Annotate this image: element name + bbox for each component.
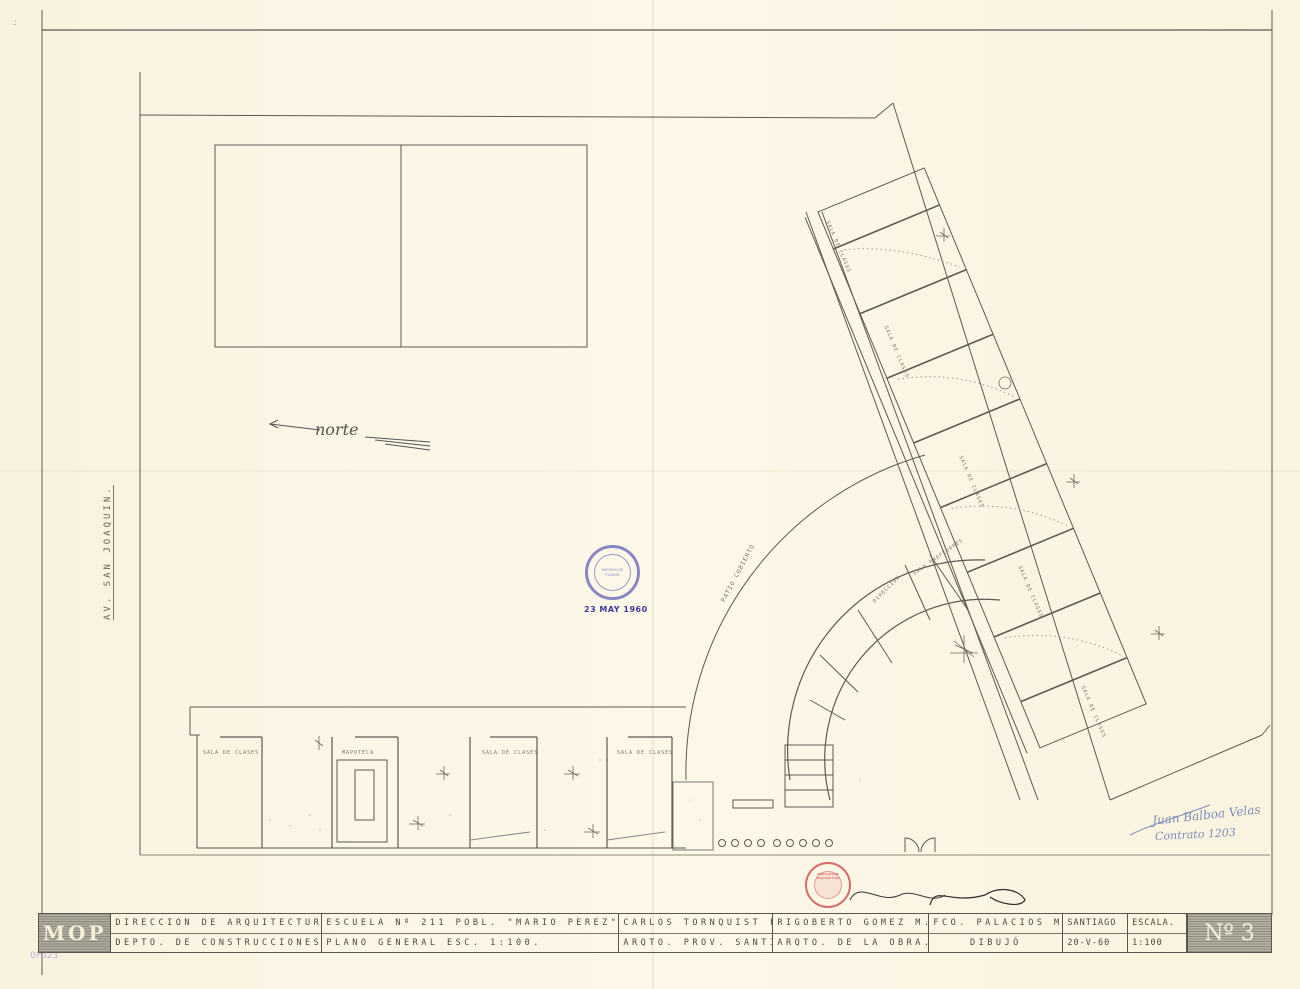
archive-stamp-text: ARCHIVO DE PLANOS xyxy=(594,554,631,591)
property-line-north xyxy=(140,115,875,118)
site-architect-role: ARQTO. DE LA OBRA. xyxy=(773,933,928,953)
north-arrow-shaft xyxy=(270,424,320,430)
signature-palacios xyxy=(930,890,1025,905)
floor-plan-drawing xyxy=(0,0,1300,989)
title-col-scale: ESCALA. 1:100 xyxy=(1128,914,1187,952)
diagonal-wing-outer-line xyxy=(893,103,1110,800)
curved-wing-outer xyxy=(825,599,1000,800)
diagonal-classrooms xyxy=(805,168,1146,753)
archive-stamp: ARCHIVO DE PLANOS xyxy=(585,545,640,600)
gravel-dots xyxy=(269,699,981,831)
title-col-department: DIRECCION DE ARQUITECTURA DEPTO. DE CONS… xyxy=(111,914,322,952)
property-line-jog xyxy=(875,103,893,118)
place: SANTIAGO xyxy=(1063,914,1127,933)
title-col-place-date: SANTIAGO 20-V-60 xyxy=(1063,914,1128,952)
signature-gomez xyxy=(850,892,945,900)
red-seal-stamp: DIRECCION DE ARQUITECTURA xyxy=(805,862,851,908)
entrance-door-right xyxy=(921,838,935,852)
site-architect-name: RIGOBERTO GOMEZ M. xyxy=(773,914,928,933)
room-label-sala-clases-1: SALA DE CLASES xyxy=(203,750,259,756)
room-label-mapoteca: MAPOTECA xyxy=(342,750,374,756)
provincial-architect-name: CARLOS TORNQUIST F. xyxy=(619,914,772,933)
department-name: DIRECCION DE ARQUITECTURA xyxy=(111,914,321,933)
toilet-row xyxy=(719,840,833,847)
south-wing xyxy=(190,707,686,848)
diagonal-end-line xyxy=(1110,735,1262,800)
scale-value: 1:100 xyxy=(1128,933,1186,953)
mop-logo: MOP xyxy=(39,914,111,952)
draftsman-role: DIBUJÓ xyxy=(929,933,1062,953)
provincial-architect-role: ARQTO. PROV. SANTIAGO xyxy=(619,933,772,953)
planting-sketches xyxy=(315,228,1165,838)
title-col-draftsman: FCO. PALACIOS M. DIBUJÓ xyxy=(929,914,1063,952)
street-label: AV. SAN JOAQUIN. xyxy=(103,485,114,620)
sheet-number: Nº 3 xyxy=(1187,914,1271,952)
archive-stamp-date: 23 MAY 1960 xyxy=(584,605,648,614)
department-section: DEPTO. DE CONSTRUCCIONES xyxy=(111,933,321,953)
drawing-title: PLANO GENERAL ESC. 1:100. xyxy=(322,933,618,953)
project-name: ESCUELA Nº 211 POBL. "MARIO PEREZ" xyxy=(322,914,618,933)
patio-arc xyxy=(686,455,925,780)
draftsman-name: FCO. PALACIOS M. xyxy=(929,914,1062,933)
title-col-site-architect: RIGOBERTO GOMEZ M. ARQTO. DE LA OBRA. xyxy=(773,914,929,952)
room-label-sala-clases-3: SALA DE CLASES xyxy=(617,750,673,756)
north-label: norte xyxy=(315,420,358,439)
title-col-project: ESCUELA Nº 211 POBL. "MARIO PEREZ" PLANO… xyxy=(322,914,619,952)
red-seal-text: DIRECCION DE ARQUITECTURA xyxy=(814,871,842,899)
corner-mark: .: xyxy=(12,18,16,27)
entrance-door-left xyxy=(905,838,919,852)
title-col-provincial-architect: CARLOS TORNQUIST F. ARQTO. PROV. SANTIAG… xyxy=(619,914,773,952)
title-block: MOP DIRECCION DE ARQUITECTURA DEPTO. DE … xyxy=(38,913,1272,953)
scale-label: ESCALA. xyxy=(1128,914,1186,933)
room-label-sala-clases-2: SALA DE CLASES xyxy=(482,750,538,756)
date: 20-V-60 xyxy=(1063,933,1127,953)
